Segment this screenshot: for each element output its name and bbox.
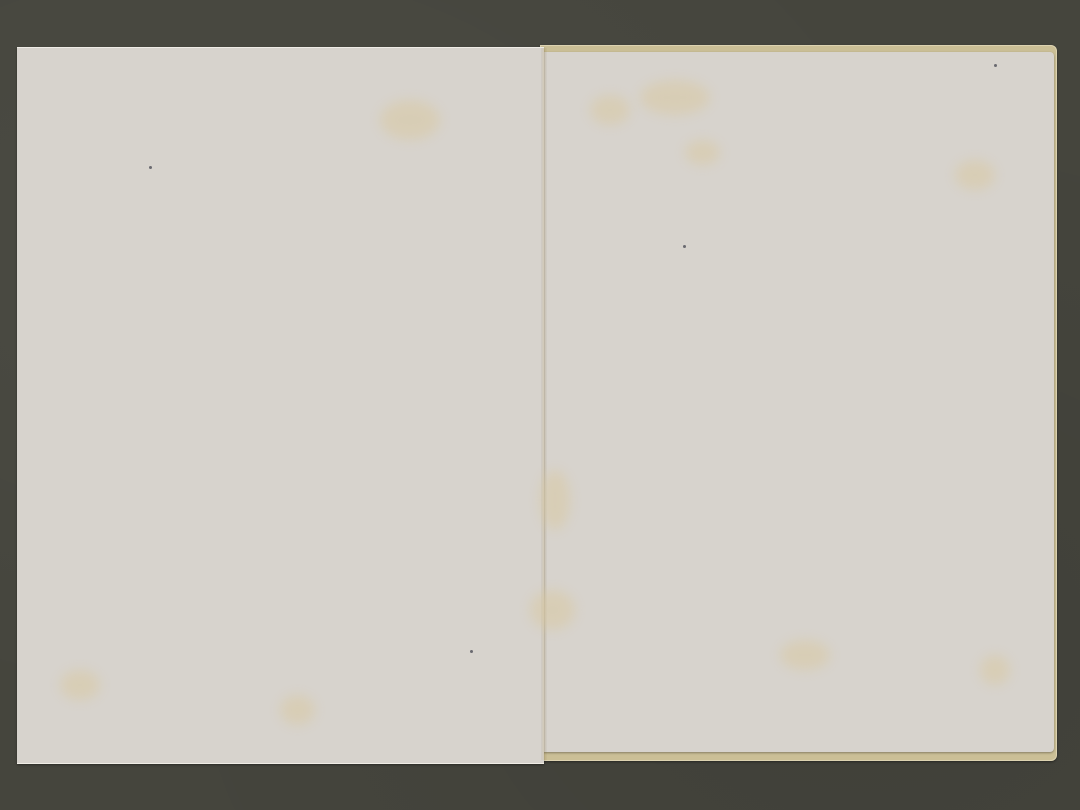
foxing-stain xyxy=(980,655,1010,685)
paper-speck xyxy=(149,166,152,169)
left-page xyxy=(17,47,544,764)
book-spine-fold xyxy=(541,48,547,760)
foxing-stain xyxy=(540,470,570,530)
paper-speck xyxy=(994,64,997,67)
foxing-stain xyxy=(955,160,995,190)
foxing-stain xyxy=(780,640,830,670)
foxing-stain xyxy=(640,80,710,115)
foxing-stain xyxy=(380,100,440,140)
foxing-stain xyxy=(530,590,575,630)
foxing-stain xyxy=(280,695,315,725)
paper-speck xyxy=(470,650,473,653)
foxing-stain xyxy=(590,95,630,125)
paper-speck xyxy=(683,245,686,248)
foxing-stain xyxy=(60,670,100,700)
foxing-stain xyxy=(685,140,720,165)
